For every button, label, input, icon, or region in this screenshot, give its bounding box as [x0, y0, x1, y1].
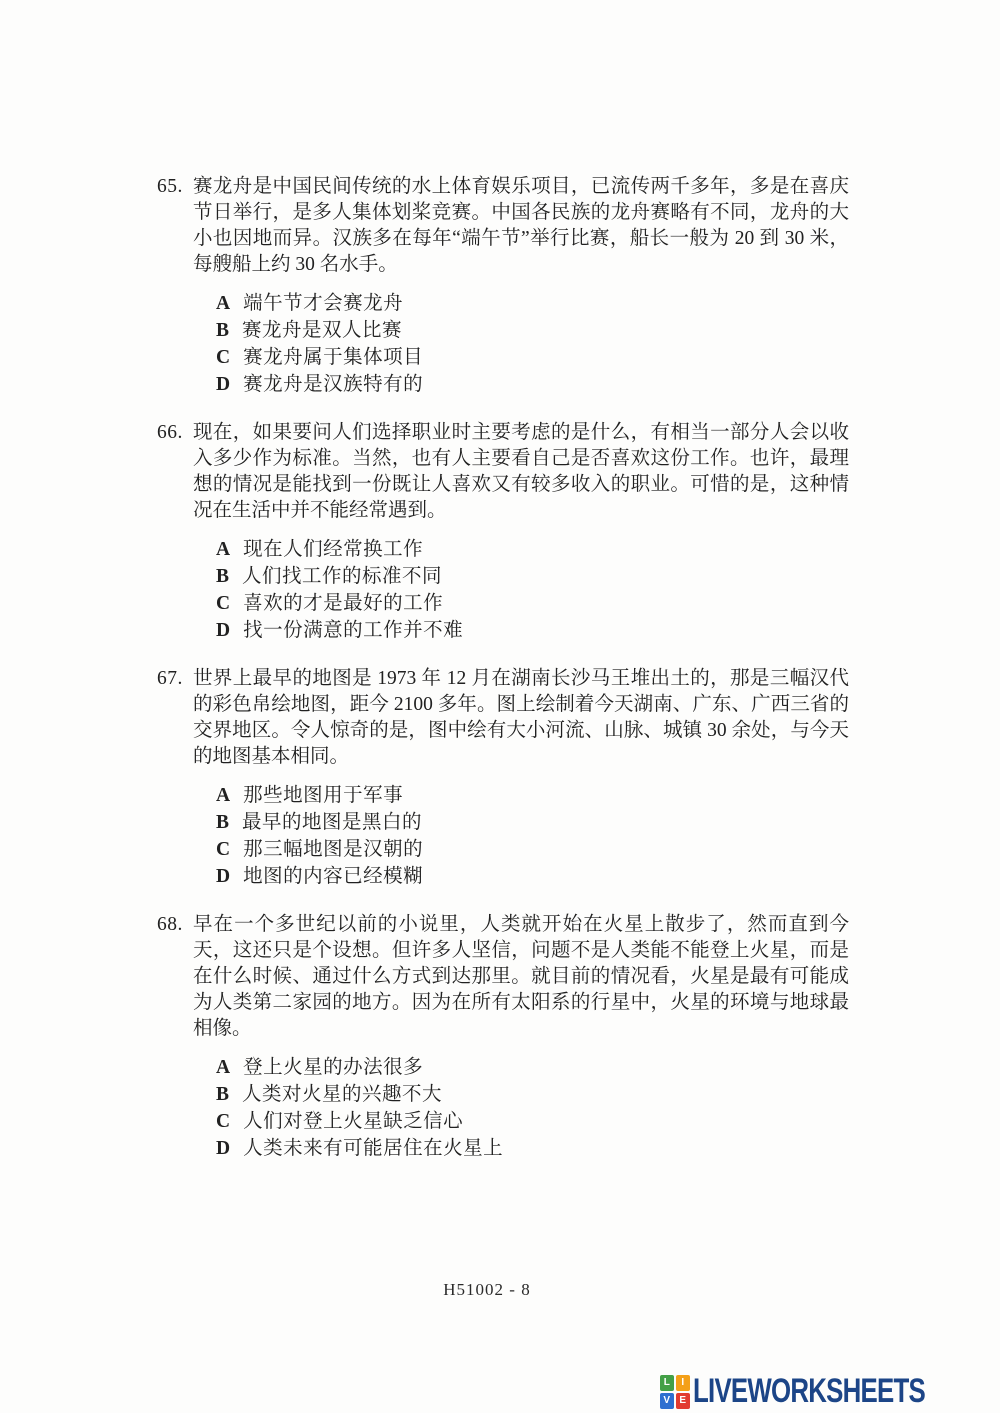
option-text: 地图的内容已经模糊	[243, 863, 423, 890]
option-text: 赛龙舟属于集体项目	[243, 344, 423, 371]
question-66: 66. 现在，如果要问人们选择职业时主要考虑的是什么，有相当一部分人会以收入多少…	[157, 420, 857, 644]
question-67-paragraph: 67. 世界上最早的地图是 1973 年 12 月在湖南长沙马王堆出土的，那是三…	[157, 666, 857, 770]
logo-tile-e: E	[676, 1393, 690, 1409]
question-text: 现在，如果要问人们选择职业时主要考虑的是什么，有相当一部分人会以收入多少作为标准…	[193, 420, 849, 524]
option-a: A 端午节才会赛龙舟	[216, 290, 857, 317]
question-67-options: A 那些地图用于军事 B 最早的地图是黑白的 C 那三幅地图是汉朝的 D 地图的…	[157, 782, 857, 890]
option-d: D 地图的内容已经模糊	[216, 863, 857, 890]
option-letter: B	[216, 809, 229, 836]
option-d: D 人类未来有可能居住在火星上	[216, 1135, 857, 1162]
question-65-options: A 端午节才会赛龙舟 B 赛龙舟是双人比赛 C 赛龙舟属于集体项目 D 赛龙舟是…	[157, 290, 857, 398]
question-number: 68.	[157, 912, 193, 938]
option-letter: A	[216, 782, 230, 809]
question-65-paragraph: 65. 赛龙舟是中国民间传统的水上体育娱乐项目，已流传两千多年，多是在喜庆节日举…	[157, 174, 857, 278]
option-letter: A	[216, 536, 230, 563]
option-text: 喜欢的才是最好的工作	[243, 590, 443, 617]
option-text: 人类未来有可能居住在火星上	[243, 1135, 503, 1162]
option-a: A 现在人们经常换工作	[216, 536, 857, 563]
logo-tile-i: I	[676, 1375, 690, 1391]
question-number: 66.	[157, 420, 193, 446]
option-b: B 人类对火星的兴趣不大	[216, 1081, 857, 1108]
option-letter: D	[216, 1135, 230, 1162]
option-letter: B	[216, 563, 229, 590]
question-68-options: A 登上火星的办法很多 B 人类对火星的兴趣不大 C 人们对登上火星缺乏信心 D…	[157, 1054, 857, 1162]
option-letter: C	[216, 836, 230, 863]
option-letter: B	[216, 1081, 229, 1108]
option-b: B 最早的地图是黑白的	[216, 809, 857, 836]
logo-tile-v: V	[660, 1393, 674, 1409]
question-66-paragraph: 66. 现在，如果要问人们选择职业时主要考虑的是什么，有相当一部分人会以收入多少…	[157, 420, 857, 524]
option-text: 人们找工作的标准不同	[242, 563, 442, 590]
option-letter: D	[216, 371, 230, 398]
option-a: A 那些地图用于军事	[216, 782, 857, 809]
question-text: 早在一个多世纪以前的小说里，人类就开始在火星上散步了，然而直到今天，这还只是个设…	[193, 912, 849, 1042]
option-text: 赛龙舟是汉族特有的	[243, 371, 423, 398]
option-text: 找一份满意的工作并不难	[243, 617, 463, 644]
option-letter: A	[216, 1054, 230, 1081]
option-a: A 登上火星的办法很多	[216, 1054, 857, 1081]
option-text: 那三幅地图是汉朝的	[243, 836, 423, 863]
option-d: D 赛龙舟是汉族特有的	[216, 371, 857, 398]
option-text: 端午节才会赛龙舟	[243, 290, 403, 317]
liveworksheets-logo-text: LIVEWORKSHEETS	[693, 1372, 925, 1411]
option-text: 现在人们经常换工作	[243, 536, 423, 563]
option-b: B 人们找工作的标准不同	[216, 563, 857, 590]
option-b: B 赛龙舟是双人比赛	[216, 317, 857, 344]
page-footer-code: H51002 - 8	[0, 1280, 974, 1300]
liveworksheets-logo[interactable]: L I V E LIVEWORKSHEETS	[660, 1372, 998, 1411]
option-letter: C	[216, 1108, 230, 1135]
option-c: C 那三幅地图是汉朝的	[216, 836, 857, 863]
logo-tile-l: L	[660, 1375, 674, 1391]
question-65: 65. 赛龙舟是中国民间传统的水上体育娱乐项目，已流传两千多年，多是在喜庆节日举…	[157, 174, 857, 398]
liveworksheets-logo-icon: L I V E	[660, 1375, 690, 1409]
option-text: 登上火星的办法很多	[243, 1054, 423, 1081]
option-letter: C	[216, 344, 230, 371]
option-c: C 喜欢的才是最好的工作	[216, 590, 857, 617]
option-letter: C	[216, 590, 230, 617]
option-c: C 人们对登上火星缺乏信心	[216, 1108, 857, 1135]
option-c: C 赛龙舟属于集体项目	[216, 344, 857, 371]
question-66-options: A 现在人们经常换工作 B 人们找工作的标准不同 C 喜欢的才是最好的工作 D …	[157, 536, 857, 644]
option-letter: A	[216, 290, 230, 317]
question-67: 67. 世界上最早的地图是 1973 年 12 月在湖南长沙马王堆出土的，那是三…	[157, 666, 857, 890]
option-text: 最早的地图是黑白的	[242, 809, 422, 836]
question-68-paragraph: 68. 早在一个多世纪以前的小说里，人类就开始在火星上散步了，然而直到今天，这还…	[157, 912, 857, 1042]
question-number: 65.	[157, 174, 193, 200]
option-text: 人们对登上火星缺乏信心	[243, 1108, 463, 1135]
worksheet-page: 65. 赛龙舟是中国民间传统的水上体育娱乐项目，已流传两千多年，多是在喜庆节日举…	[0, 0, 1000, 1413]
question-text: 世界上最早的地图是 1973 年 12 月在湖南长沙马王堆出土的，那是三幅汉代的…	[193, 666, 849, 770]
question-68: 68. 早在一个多世纪以前的小说里，人类就开始在火星上散步了，然而直到今天，这还…	[157, 912, 857, 1162]
option-letter: D	[216, 863, 230, 890]
question-text: 赛龙舟是中国民间传统的水上体育娱乐项目，已流传两千多年，多是在喜庆节日举行，是多…	[193, 174, 849, 278]
question-number: 67.	[157, 666, 193, 692]
questions-section: 65. 赛龙舟是中国民间传统的水上体育娱乐项目，已流传两千多年，多是在喜庆节日举…	[157, 174, 857, 1184]
option-text: 人类对火星的兴趣不大	[242, 1081, 442, 1108]
option-letter: D	[216, 617, 230, 644]
option-text: 那些地图用于军事	[243, 782, 403, 809]
option-d: D 找一份满意的工作并不难	[216, 617, 857, 644]
option-text: 赛龙舟是双人比赛	[242, 317, 402, 344]
option-letter: B	[216, 317, 229, 344]
